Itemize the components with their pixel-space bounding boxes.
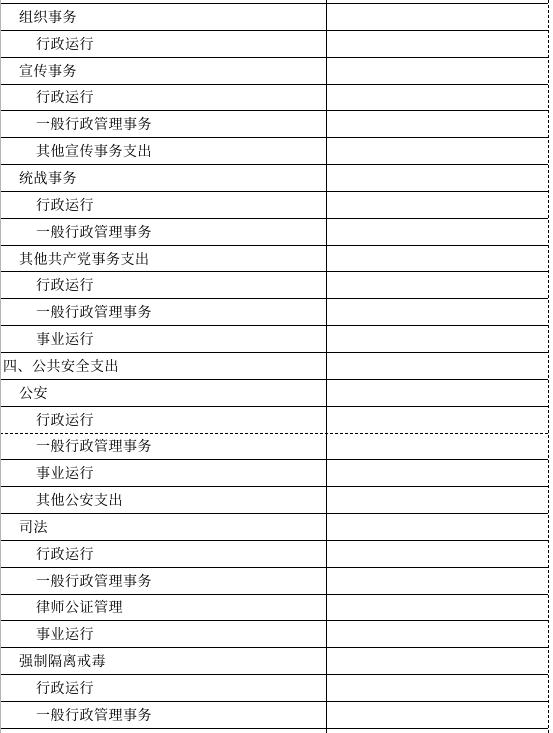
category-cell[interactable]: 一般行政管理事务 [0, 434, 327, 460]
table-row: 统战事务 [0, 164, 548, 191]
value-cell[interactable] [327, 595, 548, 621]
spreadsheet-page: 组织事务 行政运行 宣传事务 行政运行 一般行政管理事务 其他宣传事务支出 统战… [0, 0, 553, 733]
value-cell[interactable] [327, 460, 548, 486]
value-cell[interactable] [327, 675, 548, 701]
table-row: 组织事务 [0, 3, 548, 30]
value-cell[interactable] [327, 487, 548, 513]
value-cell[interactable] [327, 111, 548, 137]
table-row: 一般行政管理事务 [0, 218, 548, 245]
table-row: 律师公证管理 [0, 594, 548, 621]
category-cell[interactable]: 行政运行 [0, 675, 327, 701]
value-cell[interactable] [327, 299, 548, 325]
table-row: 其他公安支出 [0, 486, 548, 513]
category-cell[interactable]: 行政运行 [0, 85, 327, 111]
table-row: 四、公共安全支出 [0, 352, 548, 379]
value-cell[interactable] [327, 31, 548, 57]
category-cell[interactable]: 一般行政管理事务 [0, 568, 327, 594]
category-cell[interactable]: 一般行政管理事务 [0, 111, 327, 137]
category-cell[interactable]: 统战事务 [0, 165, 327, 191]
category-cell[interactable]: 事业运行 [0, 326, 327, 352]
value-cell[interactable] [327, 85, 548, 111]
category-cell[interactable]: 一般行政管理事务 [0, 702, 327, 728]
value-cell[interactable] [327, 541, 548, 567]
category-cell[interactable]: 行政运行 [0, 272, 327, 298]
value-cell[interactable] [327, 514, 548, 540]
value-cell[interactable] [327, 407, 548, 433]
table-row: 宣传事务 [0, 57, 548, 84]
category-cell[interactable]: 一般行政管理事务 [0, 219, 327, 245]
value-cell[interactable] [327, 192, 548, 218]
table-row: 司法 [0, 513, 548, 540]
next-row-sliver[interactable] [0, 728, 548, 733]
table-row: 行政运行 [0, 406, 548, 433]
category-cell[interactable]: 强制隔离戒毒 [0, 648, 327, 674]
category-cell[interactable]: 其他宣传事务支出 [0, 138, 327, 164]
table-left-edge-line [0, 0, 1, 733]
table-row: 行政运行 [0, 271, 548, 298]
table-row: 行政运行 [0, 540, 548, 567]
table-row: 行政运行 [0, 191, 548, 218]
category-cell[interactable]: 行政运行 [0, 31, 327, 57]
category-cell[interactable]: 宣传事务 [0, 58, 327, 84]
category-cell[interactable]: 一般行政管理事务 [0, 299, 327, 325]
category-cell[interactable]: 律师公证管理 [0, 595, 327, 621]
category-cell[interactable]: 组织事务 [0, 4, 327, 30]
value-cell[interactable] [327, 326, 548, 352]
value-cell[interactable] [327, 568, 548, 594]
value-cell[interactable] [327, 353, 548, 379]
table-row: 行政运行 [0, 84, 548, 111]
table-row: 一般行政管理事务 [0, 110, 548, 137]
category-cell[interactable]: 行政运行 [0, 541, 327, 567]
category-cell[interactable]: 行政运行 [0, 192, 327, 218]
table-row: 行政运行 [0, 30, 548, 57]
table-row: 其他宣传事务支出 [0, 137, 548, 164]
column-divider-line [326, 0, 327, 733]
budget-table: 组织事务 行政运行 宣传事务 行政运行 一般行政管理事务 其他宣传事务支出 统战… [0, 0, 549, 733]
table-row: 事业运行 [0, 620, 548, 647]
value-cell[interactable] [327, 246, 548, 272]
category-cell[interactable]: 事业运行 [0, 621, 327, 647]
table-row: 一般行政管理事务 [0, 567, 548, 594]
table-row: 其他共产党事务支出 [0, 245, 548, 272]
value-cell[interactable] [327, 4, 548, 30]
table-row: 行政运行 [0, 674, 548, 701]
value-cell[interactable] [327, 165, 548, 191]
value-cell[interactable] [327, 272, 548, 298]
category-cell[interactable]: 公安 [0, 380, 327, 406]
value-cell[interactable] [327, 219, 548, 245]
table-row: 一般行政管理事务 [0, 433, 548, 460]
table-row: 强制隔离戒毒 [0, 647, 548, 674]
table-row: 事业运行 [0, 325, 548, 352]
table-row: 事业运行 [0, 459, 548, 486]
category-cell[interactable]: 其他公安支出 [0, 487, 327, 513]
value-cell[interactable] [327, 621, 548, 647]
table-row: 一般行政管理事务 [0, 298, 548, 325]
table-row: 公安 [0, 379, 548, 406]
category-cell[interactable]: 其他共产党事务支出 [0, 246, 327, 272]
table-row: 一般行政管理事务 [0, 701, 548, 728]
value-cell[interactable] [327, 380, 548, 406]
value-cell[interactable] [327, 648, 548, 674]
value-cell[interactable] [327, 434, 548, 460]
category-cell[interactable]: 事业运行 [0, 460, 327, 486]
category-cell[interactable]: 司法 [0, 514, 327, 540]
value-cell[interactable] [327, 702, 548, 728]
value-cell[interactable] [327, 138, 548, 164]
value-cell[interactable] [327, 58, 548, 84]
category-cell[interactable]: 行政运行 [0, 407, 327, 433]
category-cell[interactable]: 四、公共安全支出 [0, 353, 327, 379]
